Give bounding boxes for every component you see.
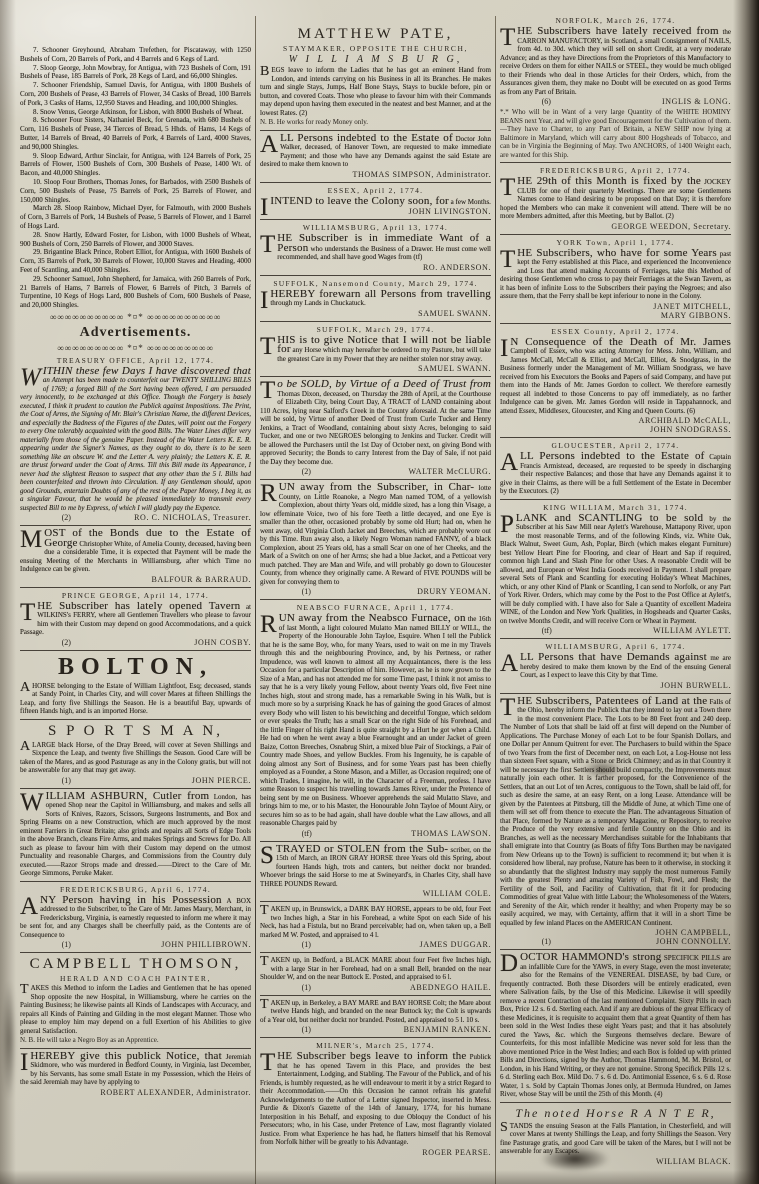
ad-dateline: WILLIAMSBURG, April 6, 1774.: [500, 642, 731, 651]
ad-dateline: WILLIAMSBURG, April 13, 1774.: [260, 223, 491, 232]
ad-body-text: ALL Persons that have Demands against me…: [500, 653, 731, 680]
ad-separator-rule: [20, 952, 251, 953]
ad-body-text: THE Subscriber begs leave to inform the …: [260, 1052, 491, 1147]
signatures: JOHN PHILLIBROWN.: [161, 940, 251, 949]
ad-body-text: ALL Persons indebted to the Estate of Ca…: [500, 452, 731, 496]
signature-line: (1)JAMES DUGGAR.: [260, 940, 491, 949]
ad-body-text: DOCTOR HAMMOND's strong SPECIFICK PILLS …: [500, 953, 731, 1099]
ad-armistead-estate: GLOUCESTER, April 2, 1774.ALL Persons in…: [500, 441, 731, 496]
ship-entry: 28. Snow Hartly, Edward Foster, for Lisb…: [20, 231, 251, 249]
ad-cosby-tavern: PRINCE GEORGE, April 14, 1774.THE Subscr…: [20, 591, 251, 647]
signatures: GEORGE WEEDON, Secretary.: [611, 222, 731, 231]
ad-separator-rule: [500, 638, 731, 639]
ad-lead-line: HE Subscriber begs leave to inform the: [277, 1050, 466, 1062]
ad-runaway-billy-neabsco: NEABSCO FURNACE, April 1, 1774.RUN away …: [260, 603, 491, 838]
signature: DRURY YEOMAN.: [417, 587, 491, 596]
ad-lead-line: TRAYED or STOLEN from the Sub-: [276, 843, 448, 855]
ad-body-text: THE Subscribers, Patentees of Land at th…: [500, 697, 731, 928]
ad-lead-line: o be SOLD, by Virtue of a Deed of Trust …: [277, 378, 491, 390]
ad-mcclurg-land-sale: To be SOLD, by Virtue of a Deed of Trust…: [260, 380, 491, 476]
ad-separator-rule: [260, 599, 491, 600]
insertion-mark: (1): [542, 937, 551, 946]
drop-cap: B: [260, 66, 271, 78]
signatures: ABEDNEGO HAILE.: [410, 983, 491, 992]
signature-line: RO. ANDERSON.: [260, 263, 491, 272]
ad-body-text: MOST of the Bonds due to the Estate of G…: [20, 529, 251, 574]
advertisements-header: Advertisements.: [20, 325, 251, 341]
drop-cap: A: [500, 653, 520, 674]
signature: MARY GIBBONS.: [653, 311, 731, 320]
signature: JOHN LIVINGSTON.: [409, 207, 491, 216]
ad-body-text: PLANK and SCANTLING to be sold by the Su…: [500, 514, 731, 626]
signatures: ROGER PEARSE.: [422, 1148, 491, 1157]
ad-body-text: THE Subscriber is in immediate Want of a…: [260, 234, 491, 262]
ad-body-text: WITHIN these few Days I have discovered …: [20, 367, 251, 513]
ship-entry: March 28. Sloop Rainbow, Michael Dyer, f…: [20, 204, 251, 230]
ad-lead-line: HE 29th of this Month is fixed by the: [517, 175, 701, 187]
ad-separator-rule: [260, 219, 491, 220]
insertion-mark: (2): [62, 638, 71, 647]
ship-entry: 29. Schooner Samuel, John Shepherd, for …: [20, 275, 251, 310]
nota-bene: N. B. He will take a Negro Boy as an App…: [20, 1036, 251, 1045]
signature-line: (tf)THOMAS LAWSON.: [260, 829, 491, 838]
ad-body-text: IN Consequence of the Death of Mr. James…: [500, 338, 731, 416]
signature: ROBERT ALEXANDER, Administrator.: [100, 1088, 251, 1097]
insertion-mark: (1): [302, 940, 311, 949]
ad-swann-forewarn: SUFFOLK, Nansemond County, March 29, 177…: [260, 279, 491, 318]
signature-line: (1)ABEDNEGO HAILE.: [260, 983, 491, 992]
signature-line: GEORGE WEEDON, Secretary.: [500, 222, 731, 231]
ad-mccall-campbell-death: ESSEX County, April 2, 1774.IN Consequen…: [500, 327, 731, 435]
ad-dateline: NEABSCO FURNACE, April 1, 1774.: [260, 603, 491, 612]
ad-body-text: THIS is to give Notice that I will not b…: [260, 336, 491, 364]
ad-dateline: GLOUCESTER, April 2, 1774.: [500, 441, 731, 450]
ad-separator-rule: [500, 949, 731, 950]
signature: WALTER McCLURG.: [409, 467, 491, 476]
ad-title: The noted Horse R A N T E R,: [500, 1106, 731, 1121]
ad-postscript: *.* Who will be in Want of a very large …: [500, 108, 731, 159]
drop-cap: D: [500, 953, 520, 974]
signature-line: JANET MITCHELL,MARY GIBBONS.: [500, 302, 731, 320]
ad-body-text: To be SOLD, by Virtue of a Deed of Trust…: [260, 380, 491, 466]
ad-matthew-pate-staymaker: MATTHEW PATE,STAYMAKER, OPPOSITE THE CHU…: [260, 26, 491, 127]
signature: JOHN PIERCE.: [192, 776, 251, 785]
signature: JOHN BURWELL.: [661, 681, 731, 690]
ad-body-text: ALL Persons indebted to the Estate of Do…: [260, 134, 491, 169]
ad-separator-rule: [500, 162, 731, 163]
insertion-mark: (1): [302, 587, 311, 596]
ad-separator-rule: [20, 788, 251, 789]
column-rule: [255, 16, 256, 1184]
ad-anderson-drawer-wanted: WILLIAMSBURG, April 13, 1774.THE Subscri…: [260, 223, 491, 272]
signatures: JOHN LIVINGSTON.: [409, 207, 491, 216]
ad-pearse-tavern: MILNER's, March 25, 1774.THE Subscriber …: [260, 1041, 491, 1157]
ad-dateline: FREDERICKSBURG, April 2, 1774.: [500, 166, 731, 175]
ad-lead-line: HE Subscribers, who have for some Years: [517, 247, 717, 259]
drop-cap: T: [20, 984, 31, 996]
ad-separator-rule: [500, 234, 731, 235]
ad-lead-line: LANK and SCANTLING to be sold: [516, 512, 703, 524]
drop-cap: M: [20, 529, 44, 550]
ship-entry: 10. Sloop Four Brothers, Thomas Jones, f…: [20, 178, 251, 204]
ad-separator-rule: [260, 275, 491, 276]
ad-body-text: THE 29th of this Month is fixed by the J…: [500, 177, 731, 221]
page-edge-shadow-right: [733, 0, 759, 1184]
ad-lead-line: HEREBY give this publick Notice, that: [30, 1050, 222, 1062]
signature: JOHN CAMPBELL,: [655, 928, 731, 937]
ad-dateline: ESSEX, April 2, 1774.: [260, 186, 491, 195]
ad-body-text: WILLIAM ASHBURN, Cutler from London, has…: [20, 792, 251, 878]
signature: WILLIAM BLACK.: [656, 1157, 731, 1166]
ad-lead-line: INTEND to leave the Colony soon, for: [270, 195, 449, 207]
signature: GEORGE WEEDON, Secretary.: [611, 222, 731, 231]
signatures: SAMUEL SWANN.: [418, 364, 491, 373]
drop-cap: A: [20, 896, 40, 917]
ad-lead-line: LL Persons indebted to the Estate of: [520, 450, 704, 462]
drop-cap: T: [500, 697, 517, 718]
signature: JOHN COSBY.: [194, 638, 251, 647]
ad-york-ferry: YORK Town, April 1, 1774.THE Subscribers…: [500, 238, 731, 320]
ad-subtitle-place: W I L L I A M S B U R G,: [260, 54, 491, 65]
insertion-mark: (2): [62, 513, 71, 522]
ad-dateline: MILNER's, March 25, 1774.: [260, 1041, 491, 1050]
ad-body-text: BEGS leave to inform the Ladies that he …: [260, 66, 491, 117]
ad-lead-line: HEREBY forewarn all Persons from travell…: [270, 288, 491, 300]
insertion-mark: (6): [542, 97, 551, 106]
ad-lead-line: ITHIN these few Days I have discovered t…: [43, 365, 251, 377]
ad-separator-rule: [20, 587, 251, 588]
insertion-mark: (tf): [302, 829, 312, 838]
ad-treasury-counterfeit-notice: xTREASURY OFFICE, April 12, 1774.WITHIN …: [20, 356, 251, 523]
signatures: WILLIAM BLACK.: [656, 1157, 731, 1166]
drop-cap: T: [20, 602, 37, 623]
ad-lead-line: HE Subscriber has lately opened Tavern: [37, 600, 240, 612]
ad-lead-line: NY Person having in his Possession: [40, 894, 222, 906]
insertion-mark: (1): [62, 776, 71, 785]
drop-cap: T: [260, 905, 271, 917]
signature: RO. C. NICHOLAS, Treasurer.: [134, 513, 251, 522]
ad-body-text: TAKEN up, in Berkeley, a BAY MARE and BA…: [260, 999, 491, 1025]
ad-separator-rule: [260, 1037, 491, 1038]
drop-cap: A: [20, 682, 32, 694]
ad-lead-line: OCTOR HAMMOND's strong: [520, 951, 661, 963]
ad-separator-rule: [260, 995, 491, 996]
drop-cap: I: [260, 290, 270, 311]
signature-line: JOHN BURWELL.: [500, 681, 731, 690]
signatures: WILLIAM AYLETT.: [653, 626, 731, 635]
ad-separator-rule: [500, 323, 731, 324]
ad-swann-pasture: SUFFOLK, March 29, 1774.THIS is to give …: [260, 325, 491, 374]
ad-body-text: RUN away from the Subscriber, in Char- l…: [260, 483, 491, 586]
drop-cap: W: [20, 792, 46, 813]
signature-line: SAMUEL SWANN.: [260, 364, 491, 373]
ad-separator-rule: [260, 130, 491, 131]
drop-cap: A: [20, 741, 32, 753]
signature: JAMES DUGGAR.: [420, 940, 491, 949]
ad-aylett-plank-scantling: KING WILLIAM, March 31, 1774.PLANK and S…: [500, 503, 731, 636]
signatures: JOHN BURWELL.: [661, 681, 731, 690]
column-1: 7. Schooner Greyhound, Abraham Trefethen…: [20, 12, 251, 1184]
signature-line: ROBERT ALEXANDER, Administrator.: [20, 1088, 251, 1097]
ship-entry: 7. Schooner Friendship, Samuel Davis, fo…: [20, 81, 251, 107]
drop-cap: R: [260, 614, 279, 635]
ad-body-text: ANY Person having in his Possession A BO…: [20, 896, 251, 940]
ad-body-text: TAKES this Method to inform the Ladies a…: [20, 984, 251, 1035]
insertion-mark: (1): [62, 940, 71, 949]
ad-dateline: ESSEX County, April 2, 1774.: [500, 327, 731, 336]
ad-dateline: TREASURY OFFICE, April 12, 1774.: [20, 356, 251, 365]
ad-inglis-long-nails: NORFOLK, March 26, 1774.THE Subscribers …: [500, 16, 731, 159]
signature-line: (1)BENJAMIN RANKEN.: [260, 1025, 491, 1034]
ship-clearance-list: 7. Schooner Greyhound, Abraham Trefethen…: [20, 46, 251, 310]
drop-cap: I: [260, 197, 270, 218]
signatures: WILLIAM COLE.: [423, 889, 491, 898]
signature-line: (tf)WILLIAM AYLETT.: [500, 626, 731, 635]
ship-entry: 7. Sloop George, John Mowbray, for Antig…: [20, 64, 251, 82]
signatures: SAMUEL SWANN.: [418, 309, 491, 318]
ad-dateline: NORFOLK, March 26, 1774.: [500, 16, 731, 25]
ad-separator-rule: [260, 376, 491, 377]
ad-body-text: STRAYED or STOLEN from the Sub- scriber,…: [260, 845, 491, 889]
drop-cap: T: [260, 999, 271, 1011]
ad-bolton-horse: BOLTON,A HORSE belonging to the Estate o…: [20, 654, 251, 716]
ad-dateline: PRINCE GEORGE, April 14, 1774.: [20, 591, 251, 600]
signatures: BALFOUR & BARRAUD.: [152, 575, 251, 584]
signature: BENJAMIN RANKEN.: [404, 1025, 491, 1034]
signature: JANET MITCHELL,: [653, 302, 731, 311]
signature-line: (2)RO. C. NICHOLAS, Treasurer.: [20, 513, 251, 522]
ad-livingston-leave-colony: ESSEX, April 2, 1774.I INTEND to leave t…: [260, 186, 491, 217]
signatures: DRURY YEOMAN.: [417, 587, 491, 596]
chain-ornament: ∞∞∞∞∞∞∞∞∞∞ *¤* ∞∞∞∞∞∞∞∞∞∞: [20, 312, 251, 323]
ship-entry: 7. Schooner Greyhound, Abraham Trefethen…: [20, 46, 251, 64]
drop-cap: S: [260, 845, 276, 866]
signature: SAMUEL SWANN.: [418, 309, 491, 318]
ad-separator-rule: [500, 437, 731, 438]
signatures: RO. ANDERSON.: [423, 263, 491, 272]
drop-cap: A: [500, 452, 520, 473]
ad-separator-rule: [260, 479, 491, 480]
signatures: RO. C. NICHOLAS, Treasurer.: [134, 513, 251, 522]
signature: THOMAS SIMPSON, Administrator.: [353, 170, 491, 179]
signatures: ARCHIBALD McCALL,JOHN SNODGRASS.: [639, 416, 731, 434]
ad-falls-of-ohio-town: THE Subscribers, Patentees of Land at th…: [500, 697, 731, 947]
ad-body-text: TAKEN up, in Bedford, a BLACK MARE about…: [260, 956, 491, 982]
drop-cap: I: [20, 1052, 30, 1073]
ad-separator-rule: [260, 321, 491, 322]
page-columns: 7. Schooner Greyhound, Abraham Trefethen…: [20, 12, 733, 1184]
ad-lead-line: LL Persons that have Demands against: [520, 651, 707, 663]
ad-title: MATTHEW PATE,: [260, 26, 491, 43]
drop-cap: T: [500, 249, 517, 270]
signature-line: (1)DRURY YEOMAN.: [260, 587, 491, 596]
signatures: INGLIS & LONG.: [662, 97, 731, 106]
ad-body-text: I INTEND to leave the Colony soon, for a…: [260, 197, 491, 207]
ad-separator-rule: [500, 693, 731, 694]
ink-stain: [2, 980, 16, 1100]
ship-entry: 8. Schooner Four Sisters, Nathaniel Beck…: [20, 116, 251, 151]
ad-runaway-tom-fanny: RUN away from the Subscriber, in Char- l…: [260, 483, 491, 596]
insertion-mark: (2): [302, 467, 311, 476]
ad-lead-line: N Consequence of the Death of Mr. James: [510, 336, 731, 348]
drop-cap: T: [260, 380, 277, 401]
drop-cap: I: [500, 338, 510, 359]
ad-body-text: THE Subscribers, who have for some Years…: [500, 249, 731, 301]
drop-cap: W: [20, 367, 43, 388]
signature: WILLIAM COLE.: [423, 889, 491, 898]
drop-cap: T: [500, 177, 517, 198]
signatures: JOHN CAMPBELL,JOHN CONNOLLY.: [655, 928, 731, 946]
signatures: JAMES DUGGAR.: [420, 940, 491, 949]
signature-line: THOMAS SIMPSON, Administrator.: [260, 170, 491, 179]
signatures: BENJAMIN RANKEN.: [404, 1025, 491, 1034]
ad-lead-line: ILLIAM ASHBURN, Cutler from: [46, 790, 210, 802]
ad-lead-line: UN away from the Subscriber, in Char-: [279, 481, 475, 493]
signature: JOHN SNODGRASS.: [639, 425, 731, 434]
ad-lead-line: HIS is to give Notice that I will not be…: [277, 334, 491, 356]
ad-separator-rule: [500, 499, 731, 500]
ad-lead-line: OST of the Bonds due to the Estate of Ge…: [44, 527, 251, 549]
ship-entry: 8. Snow Venus, George Atkinson, for Lisb…: [20, 108, 251, 117]
signatures: JOHN COSBY.: [194, 638, 251, 647]
insertion-mark: (1): [302, 983, 311, 992]
signatures: THOMAS LAWSON.: [411, 829, 491, 838]
drop-cap: T: [500, 27, 517, 48]
ad-separator-rule: [260, 182, 491, 183]
signature-line: (2)JOHN COSBY.: [20, 638, 251, 647]
drop-cap: T: [260, 336, 277, 357]
ad-separator-rule: [500, 1102, 731, 1103]
ad-body-text: I HEREBY forewarn all Persons from trave…: [260, 290, 491, 308]
ad-separator-rule: [20, 650, 251, 651]
signature: WILLIAM AYLETT.: [653, 626, 731, 635]
signature: ARCHIBALD McCALL,: [639, 416, 731, 425]
ad-lead-line: HE Subscribers, Patentees of Land at the: [517, 695, 707, 707]
ad-separator-rule: [20, 1048, 251, 1049]
ad-body-text: RUN away from the Neabsco Furnace, on th…: [260, 614, 491, 828]
ad-subtitle: STAYMAKER, OPPOSITE THE CHURCH,: [260, 44, 491, 53]
column-2: MATTHEW PATE,STAYMAKER, OPPOSITE THE CHU…: [260, 12, 491, 1184]
signature-line: (1)JOHN PHILLIBROWN.: [20, 940, 251, 949]
signature-line: JOHN LIVINGSTON.: [270, 207, 491, 216]
ad-body-text: I HEREBY give this publick Notice, that …: [20, 1052, 251, 1087]
ad-taken-up-brunswick: TAKEN up, in Brunswick, a DARK BAY HORSE…: [260, 905, 491, 949]
ad-dateline: FREDERICKSBURG, April 6, 1774.: [20, 885, 251, 894]
column-3: NORFOLK, March 26, 1774.THE Subscribers …: [500, 12, 731, 1184]
signatures: THOMAS SIMPSON, Administrator.: [353, 170, 491, 179]
signatures: JOHN PIERCE.: [192, 776, 251, 785]
ad-skidmore-estate-notice: I HEREBY give this publick Notice, that …: [20, 1052, 251, 1097]
drop-cap: R: [260, 483, 279, 504]
nota-bene: N. B. He works for ready Money only.: [260, 118, 491, 127]
ad-walker-estate: ALL Persons indebted to the Estate of Do…: [260, 134, 491, 179]
signature-line: ROGER PEARSE.: [260, 1148, 491, 1157]
ad-title: BOLTON,: [20, 654, 251, 681]
ad-dateline: SUFFOLK, Nansemond County, March 29, 177…: [260, 279, 491, 288]
ad-separator-rule: [260, 841, 491, 842]
insertion-mark: (1): [302, 1025, 311, 1034]
ad-jockey-club-meeting: FREDERICKSBURG, April 2, 1774.THE 29th o…: [500, 166, 731, 231]
signature-line: SAMUEL SWANN.: [270, 309, 491, 318]
signature: ABEDNEGO HAILE.: [410, 983, 491, 992]
ad-lead-line: HE Subscriber is in immediate Want of a …: [277, 232, 491, 254]
drop-cap: P: [500, 514, 516, 535]
signature-line: ARCHIBALD McCALL,JOHN SNODGRASS.: [500, 416, 731, 434]
ad-separator-rule: [20, 881, 251, 882]
ad-campbell-thomson-painter: CAMPBELL THOMSON,HERALD AND COACH PAINTE…: [20, 956, 251, 1045]
ad-taken-up-bedford: TAKEN up, in Bedford, a BLACK MARE about…: [260, 956, 491, 992]
ad-doctor-hammond-pills: DOCTOR HAMMOND's strong SPECIFICK PILLS …: [500, 953, 731, 1099]
ad-taken-up-berkeley: TAKEN up, in Berkeley, a BAY MARE and BA…: [260, 999, 491, 1035]
ad-body-text: THE Subscriber has lately opened Tavern …: [20, 602, 251, 637]
signature: JOHN PHILLIBROWN.: [161, 940, 251, 949]
signature: ROGER PEARSE.: [422, 1148, 491, 1157]
ad-burwell-demands: WILLIAMSBURG, April 6, 1774.ALL Persons …: [500, 642, 731, 690]
drop-cap: T: [260, 234, 277, 255]
drop-cap: A: [260, 134, 280, 155]
ad-strayed-iron-gray-horse: STRAYED or STOLEN from the Sub- scriber,…: [260, 845, 491, 899]
signature-line: WILLIAM COLE.: [260, 889, 491, 898]
column-rule: [495, 16, 496, 1184]
chain-ornament: ∞∞∞∞∞∞∞∞∞ *¤* ∞∞∞∞∞∞∞∞∞: [20, 343, 251, 354]
ad-dateline: KING WILLIAM, March 31, 1774.: [500, 503, 731, 512]
ship-entry: 29. Brigantine Black Prince, Robert Elli…: [20, 248, 251, 274]
ad-phillibrown-box: FREDERICKSBURG, April 6, 1774.ANY Person…: [20, 885, 251, 950]
ad-lead-line: UN away from the Neabsco Furnace, on: [279, 612, 466, 624]
signature: RO. ANDERSON.: [423, 263, 491, 272]
ad-dateline: YORK Town, April 1, 1774.: [500, 238, 731, 247]
ad-ashburn-cutler: WILLIAM ASHBURN, Cutler from London, has…: [20, 792, 251, 878]
ad-body-text: TAKEN up, in Brunswick, a DARK BAY HORSE…: [260, 905, 491, 939]
insertion-mark: (tf): [542, 626, 552, 635]
ad-body-text: STANDS the ensuing Season at the Falls P…: [500, 1122, 731, 1156]
newspaper-page: 7. Schooner Greyhound, Abraham Trefethen…: [0, 0, 759, 1184]
signature-line: BALFOUR & BARRAUD.: [20, 575, 251, 584]
signature-line: (1)JOHN PIERCE.: [20, 776, 251, 785]
signature: INGLIS & LONG.: [662, 97, 731, 106]
signature: SAMUEL SWANN.: [418, 364, 491, 373]
signatures: ROBERT ALEXANDER, Administrator.: [100, 1088, 251, 1097]
ad-separator-rule: [20, 719, 251, 720]
signature: JOHN CONNOLLY.: [655, 937, 731, 946]
ad-body-text: A LARGE black Horse, of the Dray Breed, …: [20, 741, 251, 775]
signature-line: (2)WALTER McCLURG.: [260, 467, 491, 476]
drop-cap: T: [260, 956, 271, 968]
drop-cap: S: [500, 1122, 510, 1134]
ad-title: CAMPBELL THOMSON,: [20, 956, 251, 973]
signature-line: WILLIAM BLACK.: [500, 1157, 731, 1166]
signatures: WALTER McCLURG.: [409, 467, 491, 476]
signature-line: (1)JOHN CAMPBELL,JOHN CONNOLLY.: [500, 928, 731, 946]
drop-cap: T: [260, 1052, 277, 1073]
signature: THOMAS LAWSON.: [411, 829, 491, 838]
ad-body-text: THE Subscribers have lately received fro…: [500, 27, 731, 96]
ship-entry: 9. Sloop Edward, Arthur Sinclair, for An…: [20, 152, 251, 178]
ad-dateline: SUFFOLK, March 29, 1774.: [260, 325, 491, 334]
ad-ranter-horse: The noted Horse R A N T E R,STANDS the e…: [500, 1106, 731, 1166]
signatures: JANET MITCHELL,MARY GIBBONS.: [653, 302, 731, 320]
signature: BALFOUR & BARRAUD.: [152, 575, 251, 584]
ad-sportsman-horse: S P O R T S M A N,A LARGE black Horse, o…: [20, 723, 251, 785]
signature-line: (6)INGLIS & LONG.: [500, 97, 731, 106]
ad-white-estate-bonds: MOST of the Bonds due to the Estate of G…: [20, 529, 251, 584]
ad-lead-line: HE Subscribers have lately received from: [517, 25, 718, 37]
ad-lead-line: LL Persons indebted to the Estate of: [280, 132, 453, 144]
ad-separator-rule: [260, 901, 491, 902]
ad-separator-rule: [260, 952, 491, 953]
ad-title: S P O R T S M A N,: [20, 723, 251, 740]
ad-subtitle: HERALD AND COACH PAINTER,: [20, 974, 251, 983]
